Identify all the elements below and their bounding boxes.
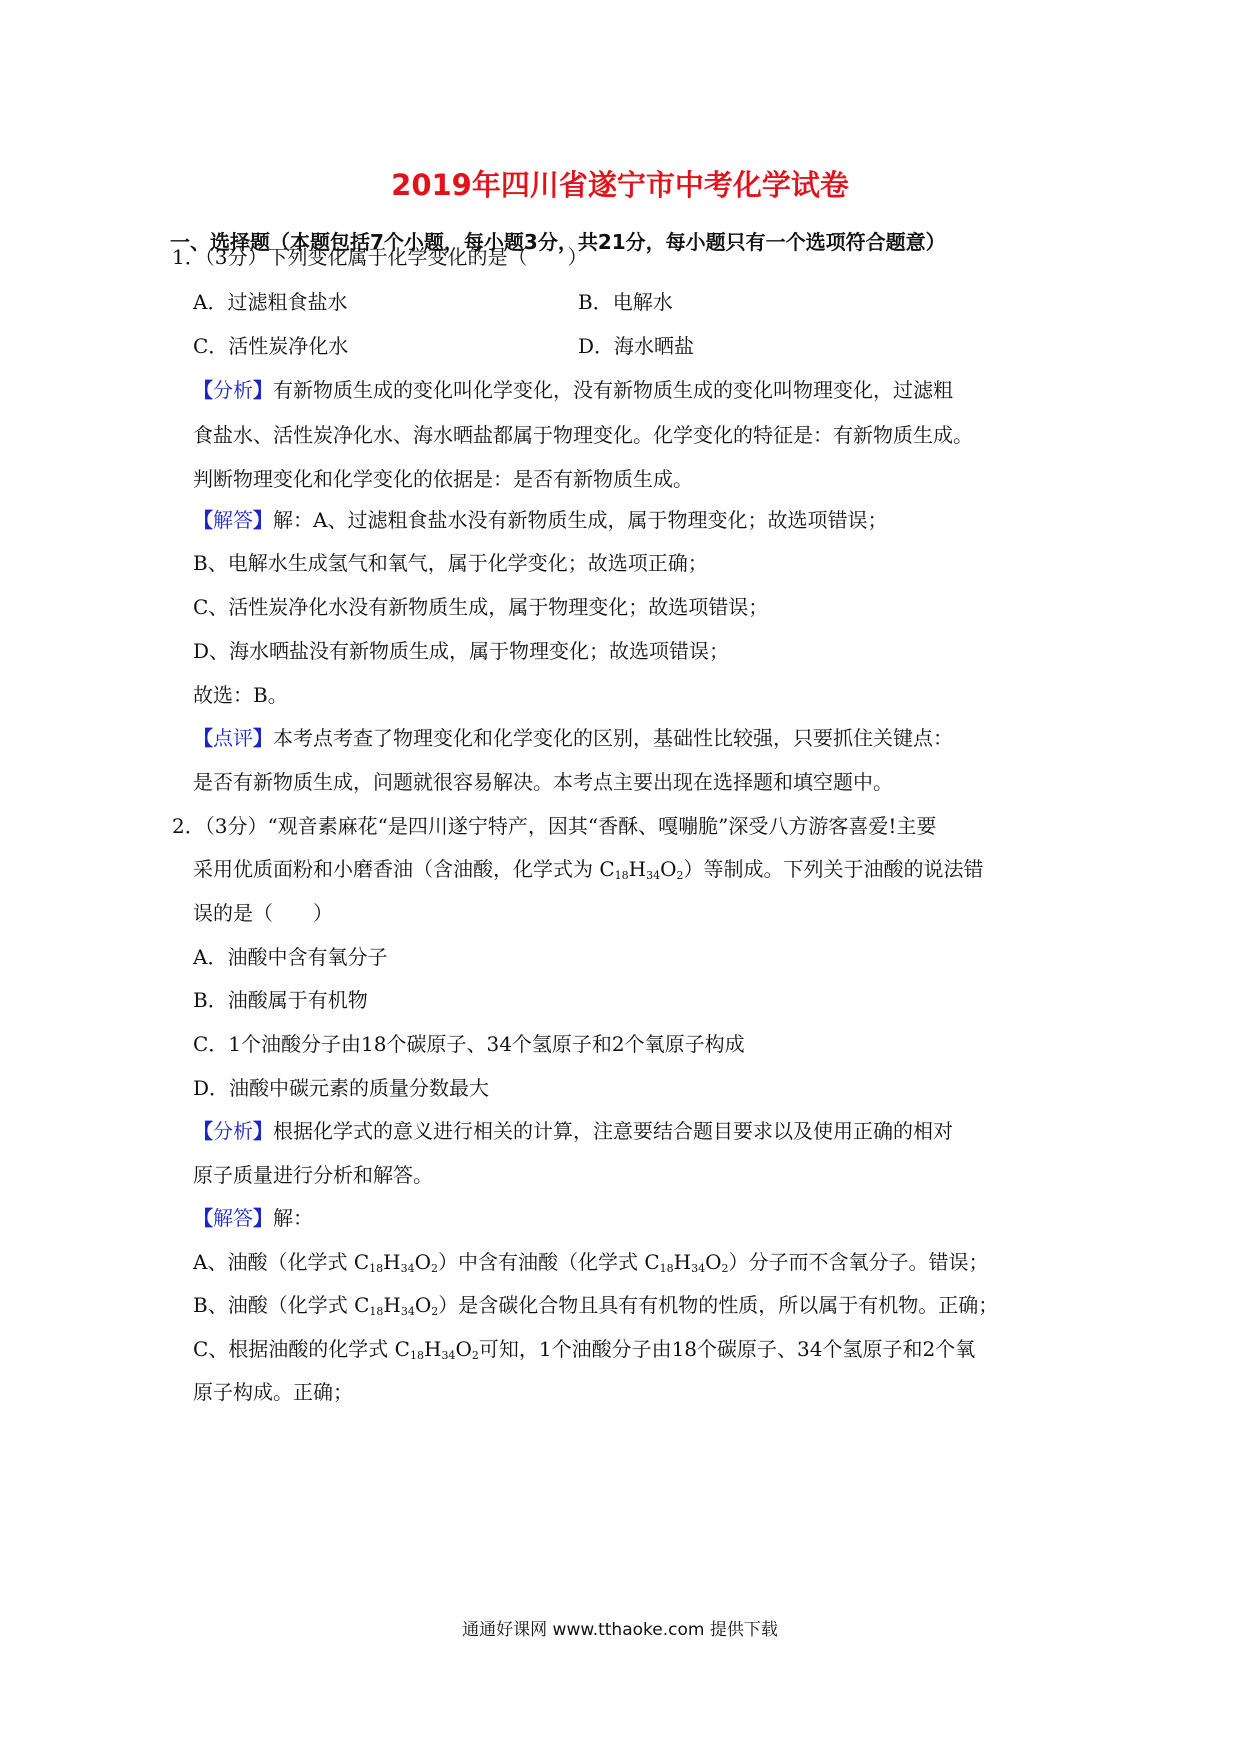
tag-close-bracket: 】 — [253, 726, 273, 750]
q2-answer-line-c: C、根据油酸的化学式 C18H34O2可知，1个油酸分子由18个碳原子、34个氢… — [193, 1337, 975, 1361]
q1-option-a: A．过滤粗食盐水 — [193, 290, 347, 314]
q2-answer-header: 【解答】解： — [193, 1206, 313, 1230]
page-footer: 通通好课网 www.tthaoke.com 提供下载 — [0, 1615, 1240, 1640]
tag-close-bracket: 】 — [253, 1119, 273, 1143]
q1-analysis-line-3: 判断物理变化和化学变化的依据是：是否有新物质生成。 — [193, 467, 693, 491]
q1-answer-choice: 故选：B。 — [193, 683, 288, 707]
q1-answer-line-1: 【解答】解：A、过滤粗食盐水没有新物质生成，属于物理变化；故选项错误； — [193, 508, 887, 532]
tag-close-bracket: 】 — [253, 508, 273, 532]
oleic-acid-formula: C18H34O2 — [354, 1293, 438, 1317]
oleic-acid-formula: C18H34O2 — [354, 1250, 438, 1274]
q2-answer-line-b: B、油酸（化学式 C18H34O2）是含碳化合物且具有有机物的性质，所以属于有机… — [193, 1293, 998, 1317]
q1-answer-line-c: C、活性炭净化水没有新物质生成，属于物理变化；故选项错误； — [193, 595, 768, 619]
q2-analysis-line-1: 【分析】根据化学式的意义进行相关的计算，注意要结合题目要求以及使用正确的相对 — [193, 1119, 953, 1143]
tag-open-bracket: 【 — [193, 726, 213, 750]
q1-comment-line-1: 【点评】本考点考查了物理变化和化学变化的区别，基础性比较强，只要抓住关键点： — [193, 726, 953, 750]
q2-stem-line-2: 采用优质面粉和小磨香油（含油酸，化学式为 C18H34O2）等制成。下列关于油酸… — [193, 857, 984, 881]
answer-text: 解： — [273, 1206, 313, 1230]
answer-tag: 解答 — [213, 508, 253, 532]
tag-close-bracket: 】 — [253, 1206, 273, 1230]
q2-stem-pre: 采用优质面粉和小磨香油（含油酸，化学式为 — [193, 857, 599, 881]
q1-answer-line-b: B、电解水生成氢气和氧气，属于化学变化；故选项正确； — [193, 551, 708, 575]
q1-option-b: B．电解水 — [578, 290, 673, 314]
tag-open-bracket: 【 — [193, 1119, 213, 1143]
oleic-acid-formula: C18H34O2 — [644, 1250, 728, 1274]
analysis-tag: 分析 — [213, 378, 253, 402]
q2-option-c: C．1个油酸分子由18个碳原子、34个氢原子和2个氧原子构成 — [193, 1032, 745, 1056]
q2-option-d: D．油酸中碳元素的质量分数最大 — [193, 1076, 489, 1100]
analysis-tag: 分析 — [213, 1119, 253, 1143]
answer-tag: 解答 — [213, 1206, 253, 1230]
q1-option-c: C．活性炭净化水 — [193, 334, 348, 358]
q2-answer-line-c-cont: 原子构成。正确； — [193, 1380, 353, 1404]
analysis-text: 有新物质生成的变化叫化学变化，没有新物质生成的变化叫物理变化，过滤粗 — [273, 378, 953, 402]
tag-close-bracket: 】 — [253, 378, 273, 402]
q2-option-b: B．油酸属于有机物 — [193, 988, 368, 1012]
q2-option-a: A．油酸中含有氧分子 — [193, 945, 387, 969]
q2-stem-post: ）等制成。下列关于油酸的说法错 — [684, 857, 984, 881]
q2-analysis-line-2: 原子质量进行分析和解答。 — [193, 1163, 433, 1187]
oleic-acid-formula: C18H34O2 — [395, 1337, 479, 1361]
q2-answer-line-a: A、油酸（化学式 C18H34O2）中含有油酸（化学式 C18H34O2）分子而… — [193, 1250, 989, 1274]
document-title: 2019年四川省遂宁市中考化学试卷 — [0, 163, 1240, 204]
q1-analysis-line-2: 食盐水、活性炭净化水、海水晒盐都属于物理变化。化学变化的特征是：有新物质生成。 — [193, 423, 973, 447]
comment-text: 本考点考查了物理变化和化学变化的区别，基础性比较强，只要抓住关键点： — [273, 726, 953, 750]
tag-open-bracket: 【 — [193, 378, 213, 402]
analysis-text: 根据化学式的意义进行相关的计算，注意要结合题目要求以及使用正确的相对 — [273, 1119, 953, 1143]
exam-page: 2019年四川省遂宁市中考化学试卷 一、选择题（本题包括7个小题，每小题3分，共… — [0, 0, 1240, 1754]
q2-stem-line-3: 误的是（ ） — [193, 901, 333, 925]
oleic-acid-formula: C18H34O2 — [599, 857, 683, 881]
tag-open-bracket: 【 — [193, 508, 213, 532]
q1-analysis-line-1: 【分析】有新物质生成的变化叫化学变化，没有新物质生成的变化叫物理变化，过滤粗 — [193, 378, 953, 402]
q1-answer-line-d: D、海水晒盐没有新物质生成，属于物理变化；故选项错误； — [193, 639, 729, 663]
q1-stem: 1．（3分）下列变化属于化学变化的是（ ） — [172, 245, 587, 269]
comment-tag: 点评 — [213, 726, 253, 750]
tag-open-bracket: 【 — [193, 1206, 213, 1230]
q1-comment-line-2: 是否有新物质生成，问题就很容易解决。本考点主要出现在选择题和填空题中。 — [193, 770, 893, 794]
q2-stem-line-1: 2．（3分）“观音素麻花“是四川遂宁特产，因其“香酥、嘎嘣脆”深受八方游客喜爱!… — [172, 814, 936, 838]
answer-text: 解：A、过滤粗食盐水没有新物质生成，属于物理变化；故选项错误； — [273, 508, 887, 532]
q1-option-d: D．海水晒盐 — [578, 334, 694, 358]
